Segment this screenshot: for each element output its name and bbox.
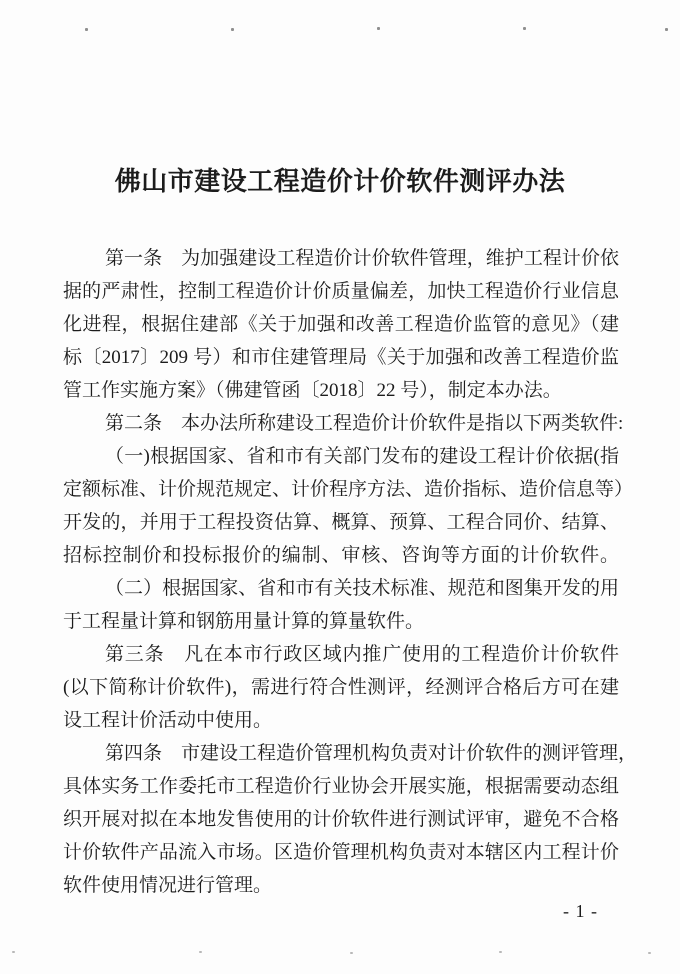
- text-line: 化进程，根据住建部《关于加强和改善工程造价监管的意见》（建: [63, 308, 619, 341]
- text-line: (以下简称计价软件)，需进行符合性测评，经测评合格后方可在建: [63, 671, 619, 704]
- document-title: 佛山市建设工程造价计价软件测评办法: [0, 161, 680, 198]
- text-line: 据的严肃性，控制工程造价计价质量偏差，加快工程造价行业信息: [63, 275, 619, 308]
- scan-speck: [665, 28, 668, 31]
- text-line: 计价软件产品流入市场。区造价管理机构负责对本辖区内工程计价: [63, 836, 619, 869]
- text-line: 第三条 凡在本市行政区域内推广使用的工程造价计价软件: [63, 638, 619, 671]
- text-line: 开发的，并用于工程投资估算、概算、预算、工程合同价、结算、: [63, 506, 619, 539]
- text-line: 于工程量计算和钢筋用量计算的算量软件。: [63, 605, 619, 638]
- text-line: 招标控制价和投标报价的编制、审核、咨询等方面的计价软件。: [63, 539, 619, 572]
- text-line: 软件使用情况进行管理。: [63, 869, 619, 902]
- text-line: 定额标准、计价规范规定、计价程序方法、造价指标、造价信息等）: [63, 473, 619, 506]
- text-line: 标〔2017〕209 号）和市住建管理局《关于加强和改善工程造价监: [63, 341, 619, 374]
- text-line: （一)根据国家、省和市有关部门发布的建设工程计价依据(指: [63, 440, 619, 473]
- text-line: 第二条 本办法所称建设工程造价计价软件是指以下两类软件:: [63, 407, 619, 440]
- text-line: 第一条 为加强建设工程造价计价软件管理，维护工程计价依: [63, 242, 619, 275]
- text-line: 设工程计价活动中使用。: [63, 704, 619, 737]
- text-line: 第四条 市建设工程造价管理机构负责对计价软件的测评管理，: [63, 737, 619, 770]
- scan-speck: [350, 952, 353, 954]
- scan-speck: [377, 27, 380, 30]
- scan-speck: [231, 28, 234, 31]
- scan-speck: [523, 27, 526, 30]
- scan-speck: [12, 951, 15, 953]
- text-line: 管工作实施方案》（佛建管函〔2018〕22 号），制定本办法。: [63, 374, 619, 407]
- page-number: - 1 -: [563, 901, 598, 922]
- text-line: （二）根据国家、省和市有关技术标准、规范和图集开发的用: [63, 572, 619, 605]
- document-body: 第一条 为加强建设工程造价计价软件管理，维护工程计价依据的严肃性，控制工程造价计…: [63, 242, 619, 902]
- text-line: 织开展对拟在本地发售使用的计价软件进行测试评审，避免不合格: [63, 803, 619, 836]
- scan-speck: [199, 951, 202, 953]
- scan-speck: [85, 28, 88, 31]
- document-page: 佛山市建设工程造价计价软件测评办法 第一条 为加强建设工程造价计价软件管理，维护…: [0, 0, 680, 974]
- scan-speck: [499, 951, 502, 953]
- text-line: 具体实务工作委托市工程造价行业协会开展实施，根据需要动态组: [63, 770, 619, 803]
- scan-speck: [648, 952, 651, 954]
